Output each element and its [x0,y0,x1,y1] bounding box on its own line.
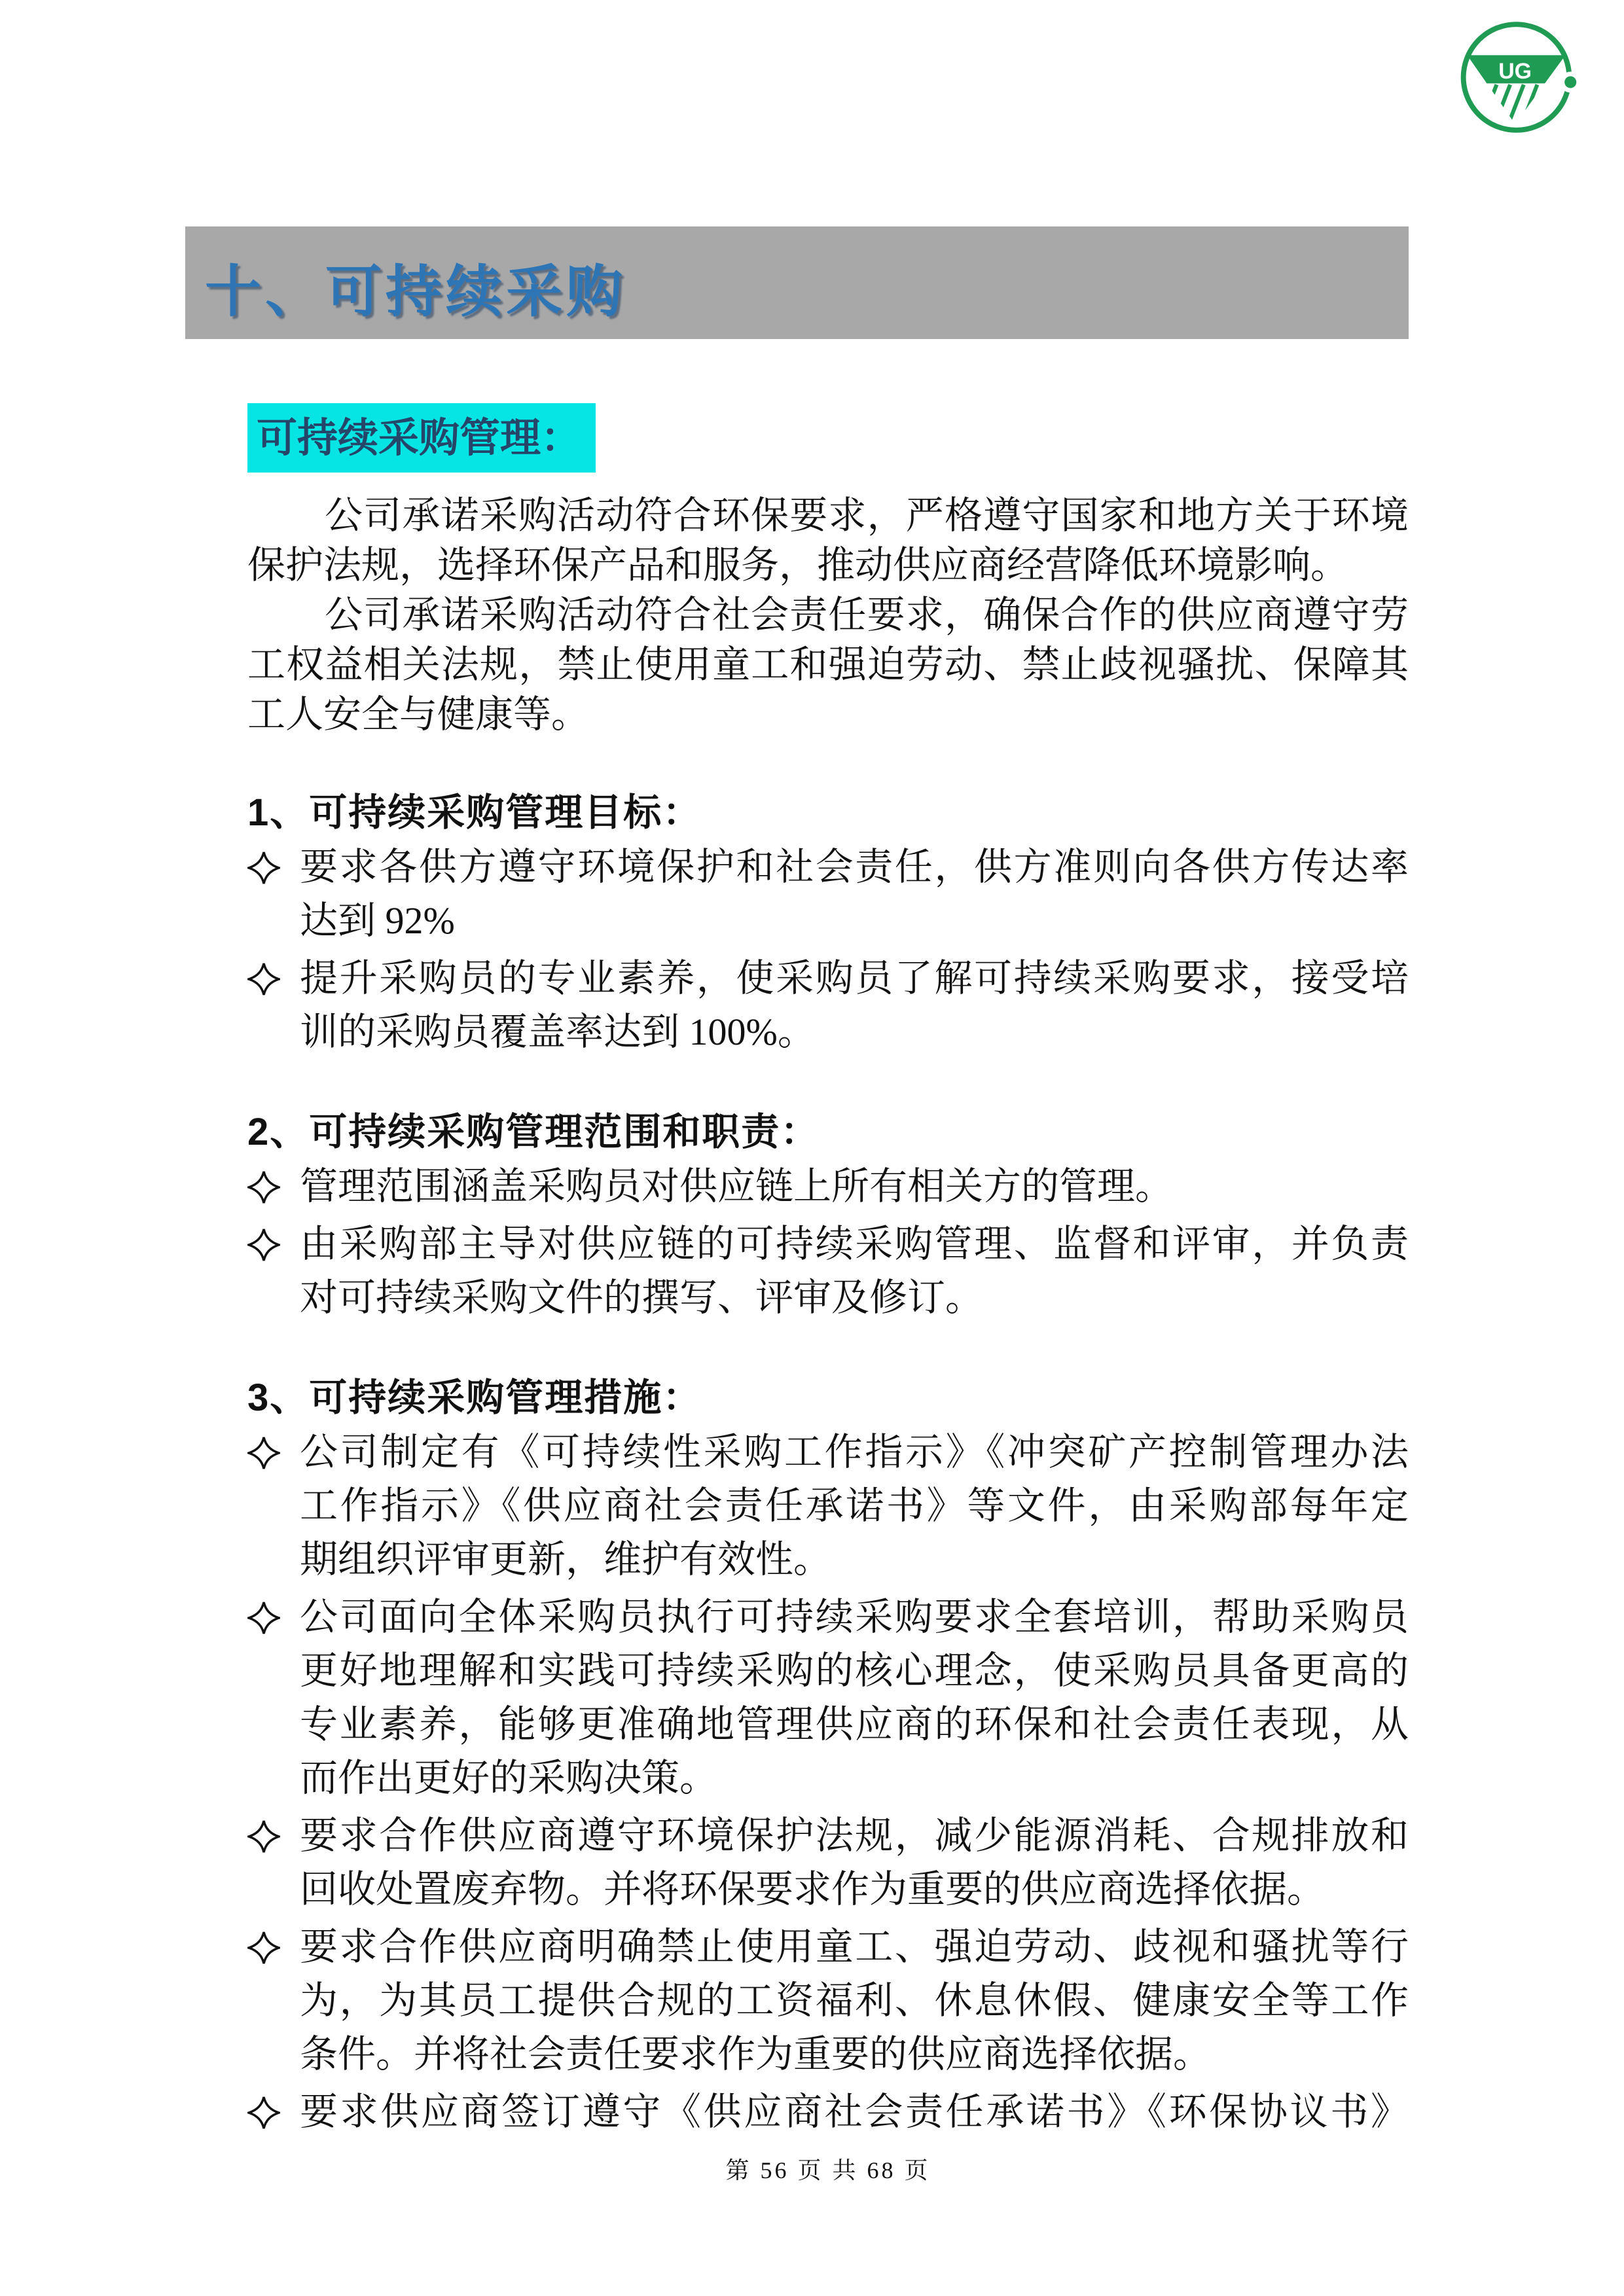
bullet-item: 要求合作供应商遵守环境保护法规，减少能源消耗、合规排放和 回收处置废弃物。并将环… [247,1809,1409,1916]
diamond-star-icon [247,952,300,1059]
section-2: 2、可持续采购管理范围和职责： 管理范围涵盖采购员对供应链上所有相关方的管理。 … [247,1105,1409,1325]
bullet-item: 要求供应商签订遵守《供应商社会责任承诺书》《环保协议书》 [247,2085,1409,2139]
bullet-text: 要求各供方遵守环境保护和社会责任，供方准则向各供方传达率 达到 92% [300,840,1409,948]
bullet-line: 要求合作供应商遵守环境保护法规，减少能源消耗、合规排放和 [300,1809,1409,1863]
bullet-line: 管理范围涵盖采购员对供应链上所有相关方的管理。 [300,1160,1409,1213]
subheading-highlight: 可持续采购管理： [247,403,596,473]
bullet-item: 公司面向全体采购员执行可持续采购要求全套培训，帮助采购员 更好地理解和实践可持续… [247,1590,1409,1805]
section-3: 3、可持续采购管理措施： 公司制定有《可持续性采购工作指示》《冲突矿产控制管理办… [247,1371,1409,2139]
bullet-line: 工作指示》《供应商社会责任承诺书》等文件，由采购部每年定 [300,1479,1409,1533]
diamond-star-icon [247,2085,300,2139]
logo-letters: UG [1498,59,1532,84]
bullet-text: 要求合作供应商遵守环境保护法规，减少能源消耗、合规排放和 回收处置废弃物。并将环… [300,1809,1409,1916]
paragraph-line: 公司承诺采购活动符合环保要求，严格遵守国家和地方关于环境 [247,491,1409,541]
bullet-line: 期组织评审更新，维护有效性。 [300,1533,1409,1587]
bullet-line: 提升采购员的专业素养，使采购员了解可持续采购要求，接受培 [300,952,1409,1005]
section-heading: 3、可持续采购管理措施： [247,1371,1409,1426]
section-heading: 1、可持续采购管理目标： [247,785,1409,840]
ug-logo-icon: UG [1460,16,1583,139]
diamond-star-icon [247,1160,300,1213]
bullet-line: 公司面向全体采购员执行可持续采购要求全套培训，帮助采购员 [300,1590,1409,1644]
document-page: UG 十、可持续采购 可持续采购管理： 公司承诺采购活动符合环保要求，严格遵守国… [0,0,1624,2296]
diamond-star-icon [247,1809,300,1916]
paragraph-line: 工人安全与健康等。 [247,690,1409,740]
bullet-text: 公司制定有《可持续性采购工作指示》《冲突矿产控制管理办法 工作指示》《供应商社会… [300,1426,1409,1587]
paragraph-line: 公司承诺采购活动符合社会责任要求，确保合作的供应商遵守劳 [247,590,1409,640]
diamond-star-icon [247,1920,300,2081]
bullet-item: 由采购部主导对供应链的可持续采购管理、监督和评审，并负责 对可持续采购文件的撰写… [247,1217,1409,1325]
bullet-line: 回收处置废弃物。并将环保要求作为重要的供应商选择依据。 [300,1863,1409,1916]
bullet-line: 专业素养，能够更准确地管理供应商的环保和社会责任表现，从 [300,1698,1409,1751]
paragraph-line: 保护法规，选择环保产品和服务，推动供应商经营降低环境影响。 [247,541,1409,590]
bullet-line: 达到 92% [300,894,1409,948]
bullet-text: 提升采购员的专业素养，使采购员了解可持续采购要求，接受培 训的采购员覆盖率达到 … [300,952,1409,1059]
bullet-line: 要求合作供应商明确禁止使用童工、强迫劳动、歧视和骚扰等行 [300,1920,1409,1974]
diamond-star-icon [247,1217,300,1325]
bullet-text: 由采购部主导对供应链的可持续采购管理、监督和评审，并负责 对可持续采购文件的撰写… [300,1217,1409,1325]
bullet-line: 为，为其员工提供合规的工资福利、休息休假、健康安全等工作 [300,1974,1409,2028]
diamond-star-icon [247,840,300,948]
bullet-line: 更好地理解和实践可持续采购的核心理念，使采购员具备更高的 [300,1644,1409,1698]
bullet-item: 提升采购员的专业素养，使采购员了解可持续采购要求，接受培 训的采购员覆盖率达到 … [247,952,1409,1059]
bullet-line: 公司制定有《可持续性采购工作指示》《冲突矿产控制管理办法 [300,1426,1409,1479]
bullet-text: 公司面向全体采购员执行可持续采购要求全套培训，帮助采购员 更好地理解和实践可持续… [300,1590,1409,1805]
page-footer: 第 56 页 共 68 页 [247,2152,1409,2185]
intro-paragraph-1: 公司承诺采购活动符合环保要求，严格遵守国家和地方关于环境 保护法规，选择环保产品… [247,491,1409,590]
bullet-line: 对可持续采购文件的撰写、评审及修订。 [300,1271,1409,1325]
bullet-item: 要求各供方遵守环境保护和社会责任，供方准则向各供方传达率 达到 92% [247,840,1409,948]
bullet-line: 由采购部主导对供应链的可持续采购管理、监督和评审，并负责 [300,1217,1409,1271]
bullet-line: 而作出更好的采购决策。 [300,1751,1409,1805]
chapter-title-bar: 十、可持续采购 [185,226,1409,339]
paragraph-line: 工权益相关法规，禁止使用童工和强迫劳动、禁止歧视骚扰、保障其 [247,640,1409,690]
bullet-line: 要求供应商签订遵守《供应商社会责任承诺书》《环保协议书》 [300,2085,1409,2139]
bullet-item: 公司制定有《可持续性采购工作指示》《冲突矿产控制管理办法 工作指示》《供应商社会… [247,1426,1409,1587]
bullet-text: 管理范围涵盖采购员对供应链上所有相关方的管理。 [300,1160,1409,1213]
diamond-star-icon [247,1426,300,1587]
page-content: 可持续采购管理： 公司承诺采购活动符合环保要求，严格遵守国家和地方关于环境 保护… [247,403,1409,2185]
bullet-line: 训的采购员覆盖率达到 100%。 [300,1005,1409,1059]
section-1: 1、可持续采购管理目标： 要求各供方遵守环境保护和社会责任，供方准则向各供方传达… [247,785,1409,1059]
company-logo: UG [1460,16,1583,139]
bullet-item: 要求合作供应商明确禁止使用童工、强迫劳动、歧视和骚扰等行 为，为其员工提供合规的… [247,1920,1409,2081]
bullet-text: 要求供应商签订遵守《供应商社会责任承诺书》《环保协议书》 [300,2085,1409,2139]
section-heading: 2、可持续采购管理范围和职责： [247,1105,1409,1160]
chapter-title: 十、可持续采购 [185,226,1409,327]
bullet-line: 条件。并将社会责任要求作为重要的供应商选择依据。 [300,2028,1409,2081]
bullet-line: 要求各供方遵守环境保护和社会责任，供方准则向各供方传达率 [300,840,1409,894]
bullet-item: 管理范围涵盖采购员对供应链上所有相关方的管理。 [247,1160,1409,1213]
intro-paragraph-2: 公司承诺采购活动符合社会责任要求，确保合作的供应商遵守劳 工权益相关法规，禁止使… [247,590,1409,740]
bullet-text: 要求合作供应商明确禁止使用童工、强迫劳动、歧视和骚扰等行 为，为其员工提供合规的… [300,1920,1409,2081]
diamond-star-icon [247,1590,300,1805]
